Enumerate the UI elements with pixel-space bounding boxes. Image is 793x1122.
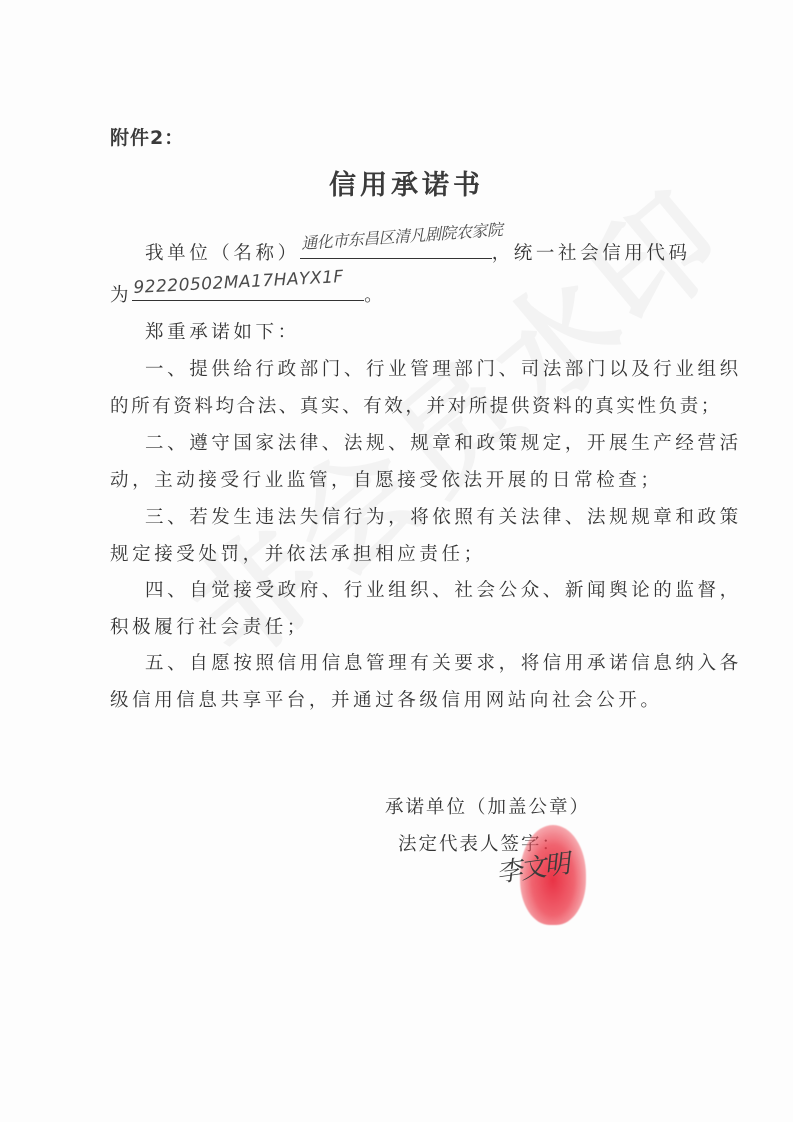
document-title: 信用承诺书 xyxy=(0,163,793,202)
unit-name-field: 通化市东昌区清凡剧院农家院 xyxy=(300,238,492,259)
credit-code-field: 92220502MA17HAYX1F xyxy=(132,280,364,301)
pledge-heading: 郑重承诺如下： xyxy=(145,318,300,344)
unit-name-handwritten: 通化市东昌区清凡剧院农家院 xyxy=(300,217,503,254)
intro-line-2: 为92220502MA17HAYX1F。 xyxy=(110,280,386,307)
document-page: 非会员水印 附件2： 信用承诺书 我单位（名称）通化市东昌区清凡剧院农家院，统一… xyxy=(0,0,793,1122)
intro-prefix: 我单位（名称） xyxy=(145,243,300,264)
intro-line-1: 我单位（名称）通化市东昌区清凡剧院农家院，统一社会信用代码 xyxy=(145,238,691,265)
pledge-1-line-1: 一、提供给行政部门、行业管理部门、司法部门以及行业组织 xyxy=(145,355,742,381)
credit-code-handwritten: 92220502MA17HAYX1F xyxy=(133,267,344,298)
pledge-1-line-2: 的所有资料均合法、真实、有效，并对所提供资料的真实性负责； xyxy=(110,392,722,418)
pledge-2-line-2: 动，主动接受行业监管，自愿接受依法开展的日常检查； xyxy=(110,466,663,492)
code-prefix: 为 xyxy=(110,285,132,306)
pledge-5-line-2: 级信用信息共享平台，并通过各级信用网站向社会公开。 xyxy=(110,686,663,712)
attachment-label: 附件2： xyxy=(110,123,184,150)
pledge-3-line-2: 规定接受处罚，并依法承担相应责任； xyxy=(110,540,486,566)
pledge-5-line-1: 五、自愿按照信用信息管理有关要求，将信用承诺信息纳入各 xyxy=(145,649,742,675)
unit-seal-label: 承诺单位（加盖公章） xyxy=(385,793,590,819)
intro-suffix: 。 xyxy=(364,285,386,306)
pledge-2-line-1: 二、遵守国家法律、法规、规章和政策规定，开展生产经营活 xyxy=(145,429,742,455)
pledge-4-line-2: 积极履行社会责任； xyxy=(110,613,309,639)
intro-middle: ，统一社会信用代码 xyxy=(492,243,691,264)
pledge-3-line-1: 三、若发生违法失信行为，将依照有关法律、法规规章和政策 xyxy=(145,503,742,529)
pledge-4-line-1: 四、自觉接受政府、行业组织、社会公众、新闻舆论的监督， xyxy=(145,576,742,602)
